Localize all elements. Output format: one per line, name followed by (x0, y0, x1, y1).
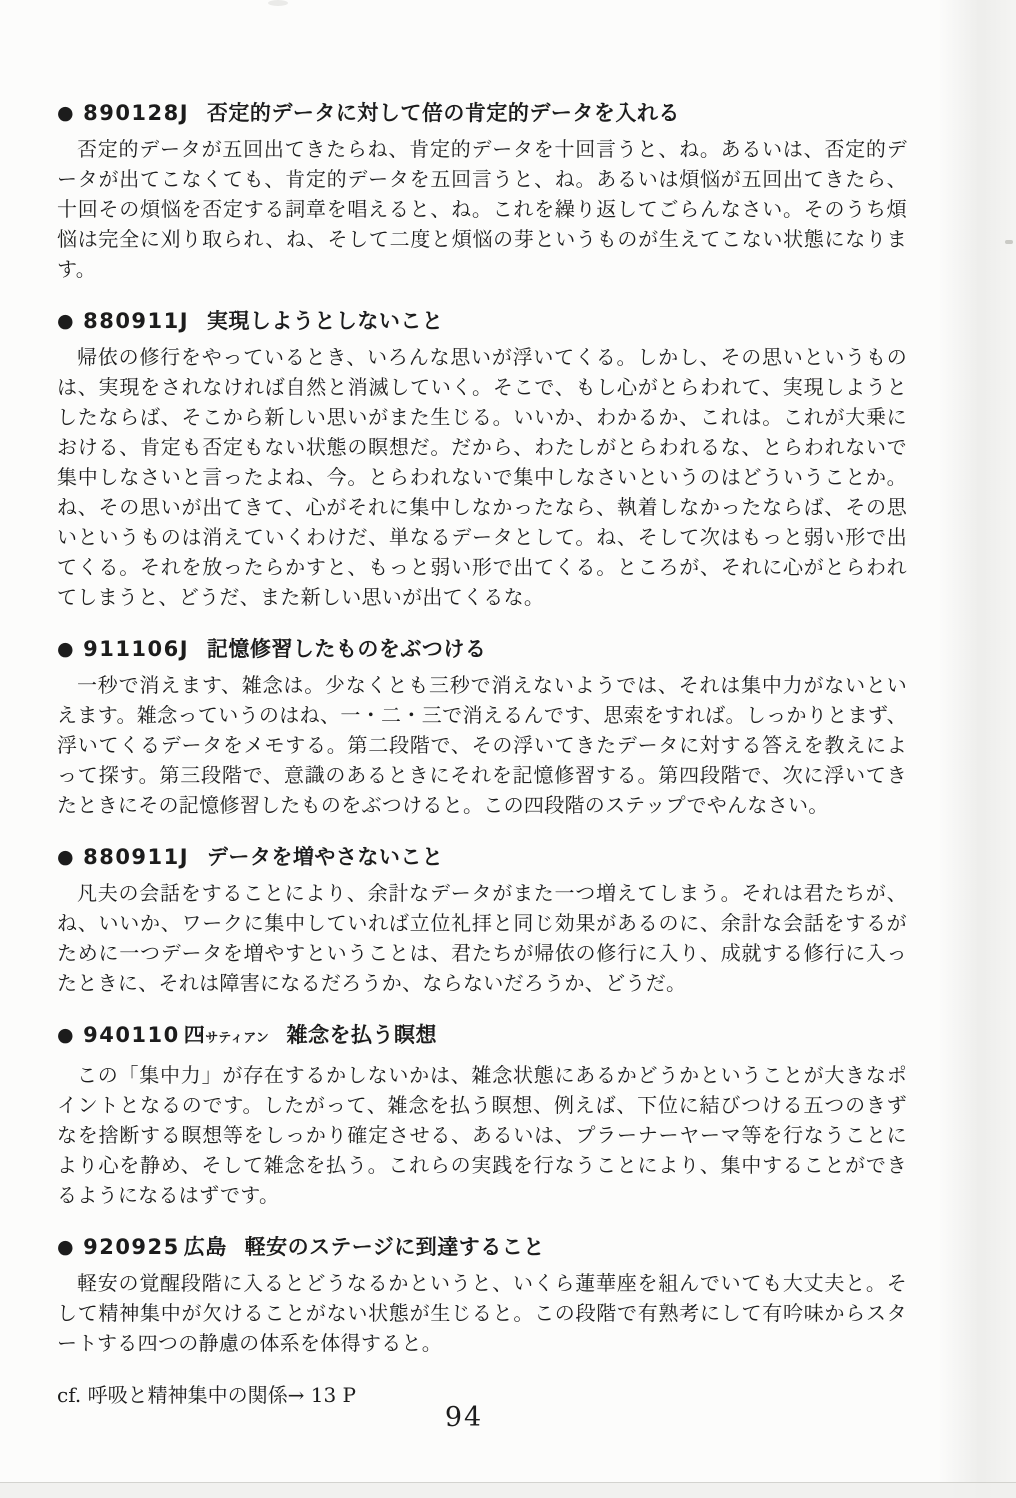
section-heading: ●880911Jデータを増やさないこと (57, 842, 907, 872)
section-place-small: サティアン (205, 1031, 268, 1046)
bullet-icon: ● (57, 310, 74, 332)
section-title: 雑念を払う瞑想 (287, 1023, 438, 1047)
section-920925: ●920925広島軽安のステージに到達すること 軽安の覚醒段階に入るとどうなるか… (57, 1232, 907, 1358)
section-title: データを増やさないこと (207, 845, 444, 869)
section-890128J: ●890128J否定的データに対して倍の肯定的データを入れる 否定的データが五回… (57, 98, 907, 284)
bullet-icon: ● (57, 102, 74, 124)
section-940110: ●940110四サティアン雑念を払う瞑想 この「集中力」が存在するかしないかは、… (57, 1020, 907, 1210)
section-880911J-2: ●880911Jデータを増やさないこと 凡夫の会話をすることにより、余計なデータ… (57, 842, 907, 998)
section-title: 否定的データに対して倍の肯定的データを入れる (207, 101, 680, 125)
scan-edge-shadow (938, 0, 1016, 1498)
scan-speck (1005, 240, 1013, 244)
bullet-icon: ● (57, 638, 74, 660)
scanned-book-page: ●890128J否定的データに対して倍の肯定的データを入れる 否定的データが五回… (0, 0, 1016, 1498)
section-title: 実現しようとしないこと (207, 309, 444, 333)
section-body: 否定的データが五回出てきたらね、肯定的データを十回言うと、ね。あるいは、否定的デ… (57, 134, 907, 284)
section-code: 880911J (83, 845, 189, 869)
section-880911J-1: ●880911J実現しようとしないこと 帰依の修行をやっているとき、いろんな思い… (57, 306, 907, 612)
section-place: 広島 (184, 1235, 227, 1259)
section-body: 一秒で消えます、雑念は。少なくとも三秒で消えないようでは、それは集中力がないとい… (57, 670, 907, 820)
section-code: 940110 (83, 1023, 180, 1047)
scan-smudge (268, 0, 288, 6)
section-body: 軽安の覚醒段階に入るとどうなるかというと、いくら蓮華座を組んでいても大丈夫と。そ… (57, 1268, 907, 1358)
section-body: この「集中力」が存在するかしないかは、雑念状態にあるかどうかということが大きなポ… (57, 1060, 907, 1210)
section-heading: ●880911J実現しようとしないこと (57, 306, 907, 336)
bullet-icon: ● (57, 1236, 74, 1258)
section-code: 880911J (83, 309, 189, 333)
page-number: 94 (0, 1402, 972, 1433)
scan-bottom-edge (0, 1482, 1016, 1498)
section-heading: ●890128J否定的データに対して倍の肯定的データを入れる (57, 98, 907, 128)
section-place: 四 (184, 1023, 206, 1047)
section-title: 記憶修習したものをぶつける (207, 637, 487, 661)
text-column: ●890128J否定的データに対して倍の肯定的データを入れる 否定的データが五回… (57, 98, 907, 1410)
section-body: 帰依の修行をやっているとき、いろんな思いが浮いてくる。しかし、その思いというもの… (57, 342, 907, 612)
section-911106J: ●911106J記憶修習したものをぶつける 一秒で消えます、雑念は。少なくとも三… (57, 634, 907, 820)
bullet-icon: ● (57, 846, 74, 868)
section-code: 890128J (83, 101, 189, 125)
section-heading: ●911106J記憶修習したものをぶつける (57, 634, 907, 664)
section-code: 920925 (83, 1235, 180, 1259)
section-heading: ●940110四サティアン雑念を払う瞑想 (57, 1020, 907, 1054)
section-body: 凡夫の会話をすることにより、余計なデータがまた一つ増えてしまう。それは君たちが、… (57, 878, 907, 998)
section-code: 911106J (83, 637, 189, 661)
section-heading: ●920925広島軽安のステージに到達すること (57, 1232, 907, 1262)
section-title: 軽安のステージに到達すること (245, 1235, 545, 1259)
bullet-icon: ● (57, 1024, 74, 1046)
